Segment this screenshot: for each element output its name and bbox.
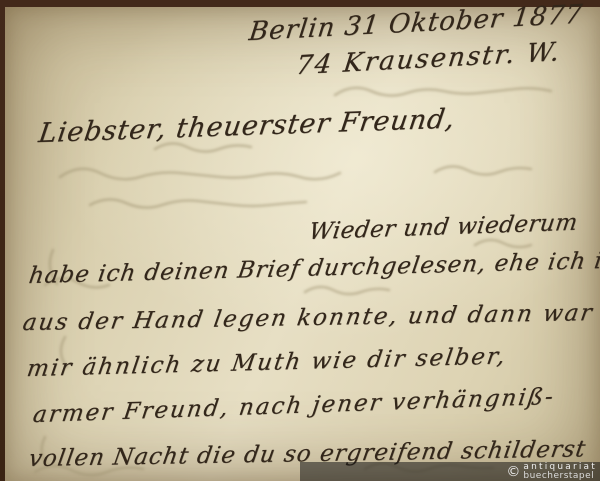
watermark-text: antiquariat buecherstapel [523,463,597,481]
letter-paper-sheet: Berlin 31 Oktober 1877 74 Krausenstr. W.… [5,7,600,481]
antiquariat-watermark: © antiquariat buecherstapel [300,462,600,481]
copyright-icon: © [506,465,520,479]
watermark-line2: buecherstapel [523,472,597,481]
letter-photograph: Berlin 31 Oktober 1877 74 Krausenstr. W.… [0,0,600,481]
